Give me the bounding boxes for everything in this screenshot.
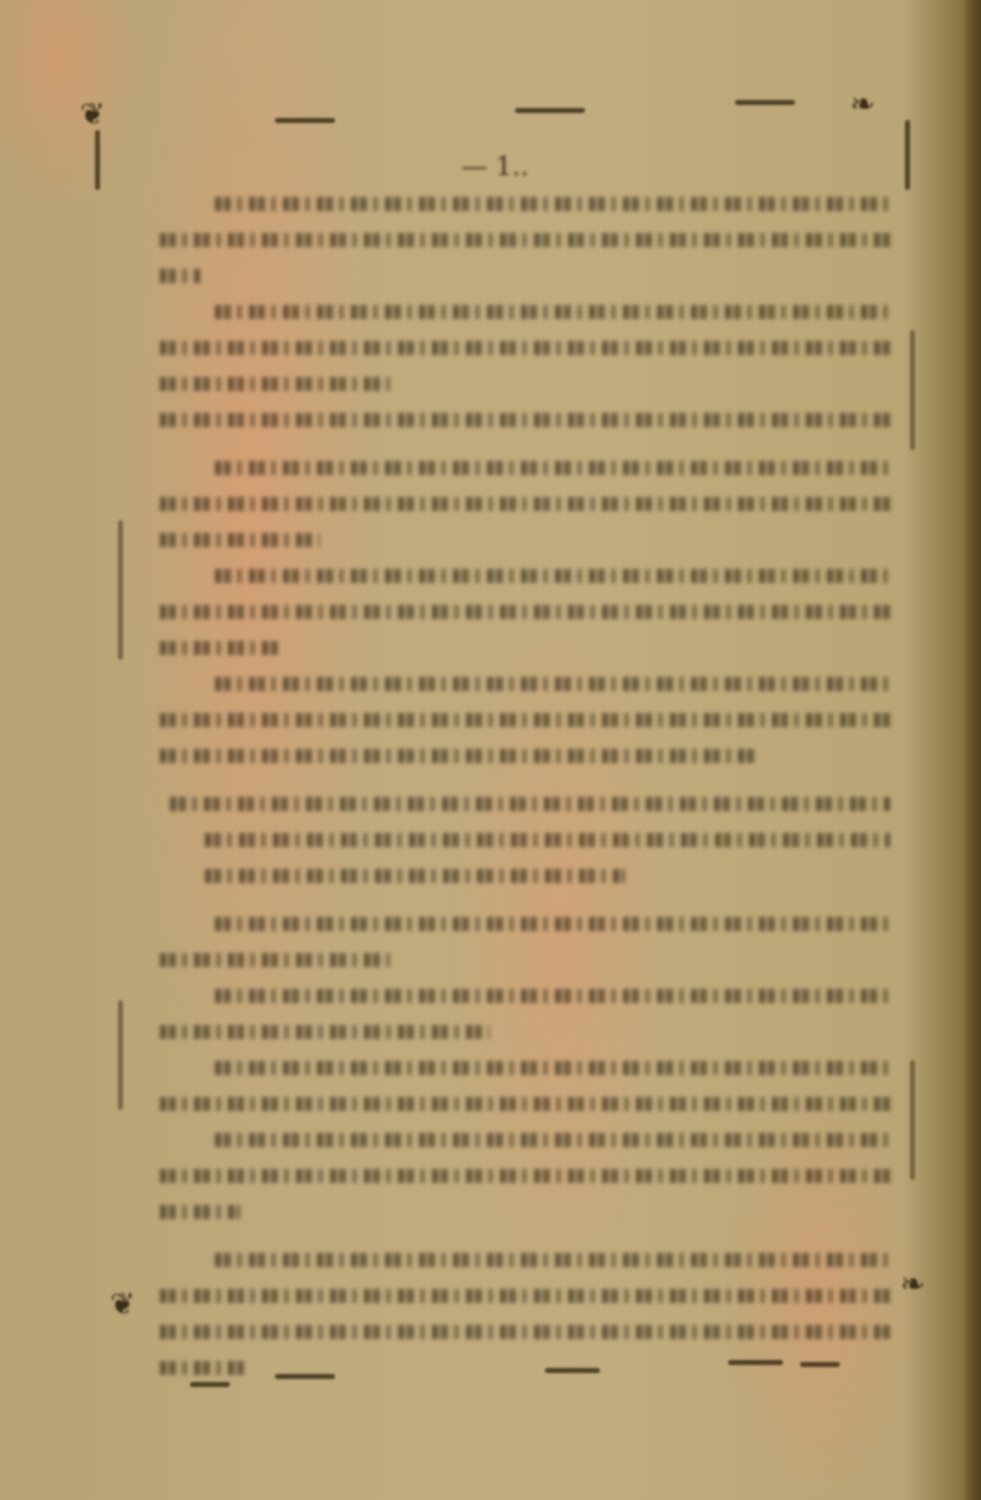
text-line xyxy=(215,293,890,329)
text-line xyxy=(215,665,890,701)
text-line xyxy=(205,857,625,893)
border-rule-left xyxy=(118,1000,123,1110)
text-line xyxy=(170,785,890,821)
border-rule-right xyxy=(905,120,910,190)
text-line xyxy=(215,449,890,485)
corner-ornament-top-right: ❧ xyxy=(850,90,875,120)
text-line xyxy=(215,1121,890,1157)
paragraph xyxy=(160,185,890,293)
page-number: — 1.. xyxy=(450,152,540,182)
text-line xyxy=(160,401,890,437)
paragraph xyxy=(160,1121,890,1229)
text-line xyxy=(160,485,890,521)
text-line xyxy=(160,1157,890,1193)
corner-ornament-bottom-left: ❦ xyxy=(110,1290,135,1320)
border-rule-left xyxy=(118,520,123,660)
border-rule-top xyxy=(275,118,335,123)
paragraph xyxy=(160,293,890,401)
text-line xyxy=(160,1277,890,1313)
page-edge-shadow xyxy=(963,0,981,1500)
paragraph xyxy=(160,665,890,773)
border-rule-right xyxy=(910,1060,915,1180)
paragraph xyxy=(160,1049,890,1121)
text-line xyxy=(215,905,890,941)
border-rule-top xyxy=(735,100,795,105)
text-line xyxy=(205,821,890,857)
border-rule-top xyxy=(515,108,585,113)
text-line xyxy=(215,977,890,1013)
text-line xyxy=(160,701,890,737)
text-line xyxy=(160,941,390,977)
text-line xyxy=(160,221,890,257)
text-line xyxy=(160,365,390,401)
text-line xyxy=(160,521,320,557)
text-line xyxy=(160,1193,240,1229)
paragraph xyxy=(160,905,890,977)
corner-ornament-top-left: ❦ xyxy=(80,100,105,130)
text-line xyxy=(160,1013,490,1049)
paragraph xyxy=(160,1241,890,1385)
text-line xyxy=(160,593,890,629)
text-line xyxy=(160,1349,250,1385)
text-line xyxy=(215,557,890,593)
corner-ornament-bottom-right: ❧ xyxy=(900,1270,925,1300)
paragraph xyxy=(160,449,890,557)
paragraph xyxy=(160,977,890,1049)
border-rule-right xyxy=(910,330,915,450)
verse-block xyxy=(160,785,890,893)
scanned-page: ❦ ❧ ❦ ❧ — 1.. xyxy=(0,0,981,1500)
text-line xyxy=(160,1313,890,1349)
text-line xyxy=(160,629,280,665)
text-line xyxy=(160,737,760,773)
text-line xyxy=(215,1049,890,1085)
text-line xyxy=(160,329,890,365)
text-line xyxy=(215,1241,890,1277)
body-text xyxy=(160,185,890,1385)
paragraph xyxy=(160,557,890,665)
border-rule-left xyxy=(95,130,100,190)
text-line xyxy=(215,185,890,221)
text-line xyxy=(160,1085,890,1121)
text-line xyxy=(160,257,200,293)
paragraph xyxy=(160,401,890,437)
